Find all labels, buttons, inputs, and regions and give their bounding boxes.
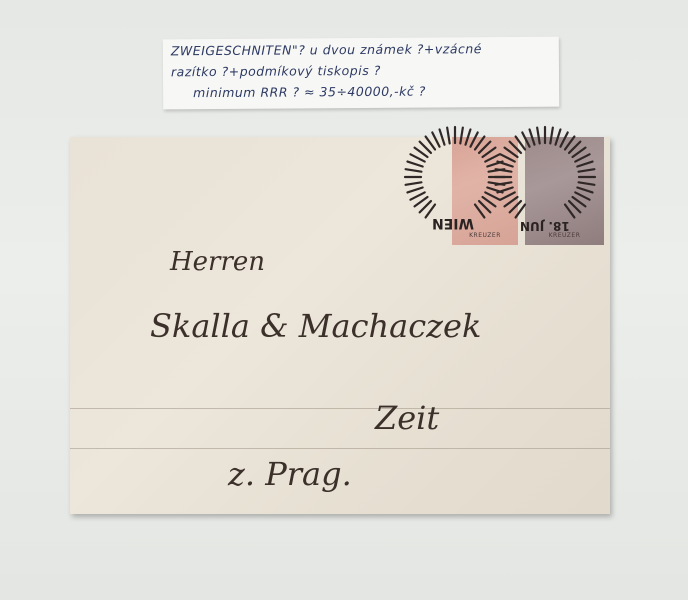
note-line-1: ZWEIGESCHNITEN"? u dvou známek ?+vzácné: [171, 41, 482, 58]
postmark-date: 18. JUN: [520, 219, 570, 233]
address-line-2: Skalla & Machaczek: [150, 307, 481, 345]
note-line-3: minimum RRR ? ≈ 35÷40000,-kč ?: [193, 84, 426, 101]
postmark-text: WIEN: [432, 215, 474, 231]
address-line-3: Zeit: [375, 399, 439, 437]
folded-letter: KREUZER KREUZER WIEN 18. JUN Herren Skal…: [70, 137, 610, 514]
fold-line: [70, 448, 610, 449]
fold-line: [70, 408, 610, 409]
address-line-1: Herren: [170, 247, 265, 277]
note-line-2: razítko ?+podmíkový tiskopis ?: [171, 63, 381, 79]
address-line-4: z. Prag.: [228, 455, 352, 493]
handwritten-note: ZWEIGESCHNITEN"? u dvou známek ?+vzácné …: [163, 37, 559, 110]
